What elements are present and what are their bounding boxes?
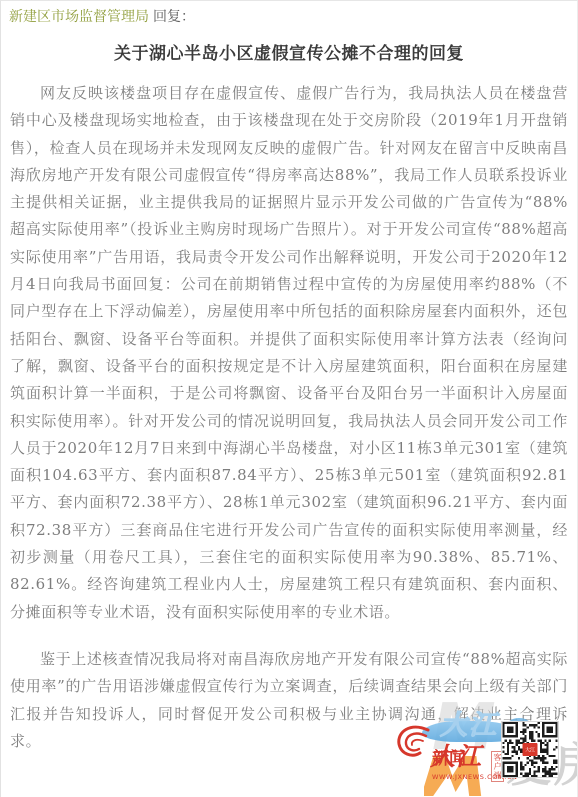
paragraph-1: 网友反映该楼盘项目存在虚假宣传、虚假广告行为，我局执法人员在楼盘营销中心及楼盘现… xyxy=(10,80,568,626)
reply-label: 回复： xyxy=(153,9,195,25)
paragraph-2: 鉴于上述核查情况我局将对南昌海欣房地产开发有限公司宣传“88%超高实际使用率”的… xyxy=(10,646,568,755)
document-header: 新建区市场监督管理局回复： xyxy=(1,1,577,26)
site-url: WWW.JXNEWS.COM.CN xyxy=(432,773,518,781)
reply-document: 新建区市场监督管理局回复： 关于湖心半岛小区虚假宣传公摊不合理的回复 网友反映该… xyxy=(0,0,578,797)
client-app-tag: 客户端 xyxy=(491,751,504,782)
reply-body: 网友反映该楼盘项目存在虚假宣传、虚假广告行为，我局执法人员在楼盘营销中心及楼盘现… xyxy=(1,80,577,755)
orange-m-logo xyxy=(424,750,512,796)
reply-title: 关于湖心半岛小区虚假宣传公摊不合理的回复 xyxy=(11,39,567,64)
agency-name: 新建区市场监督管理局 xyxy=(9,9,149,25)
